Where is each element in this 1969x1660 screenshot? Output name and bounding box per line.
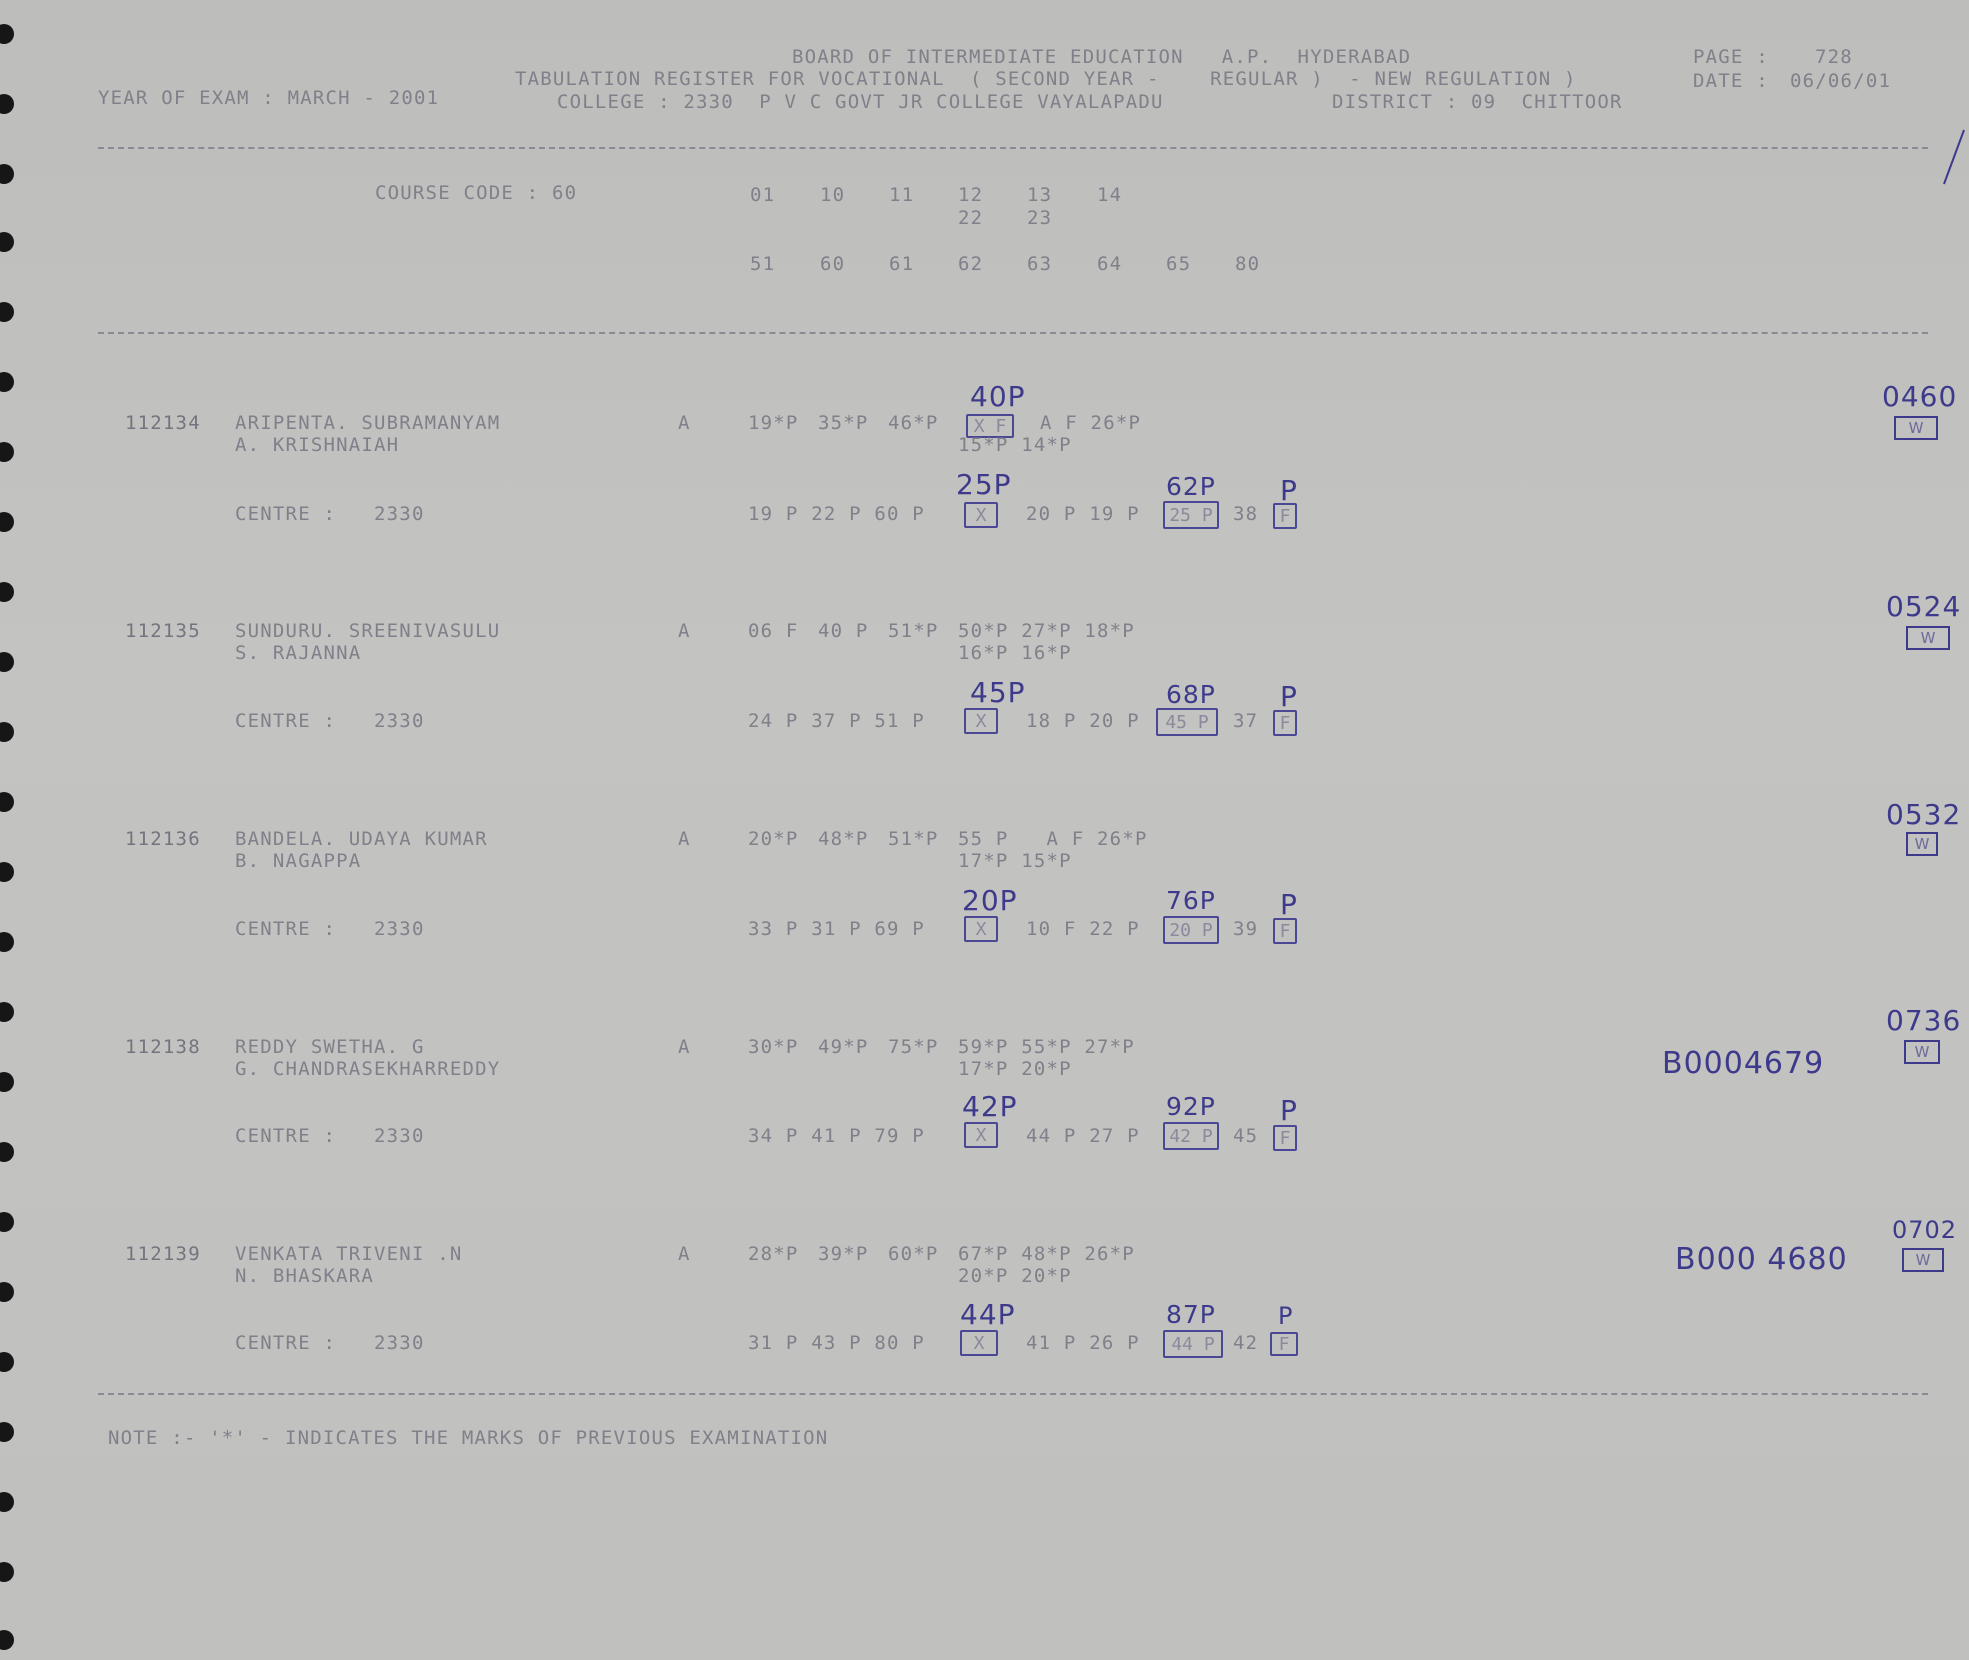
punch-hole — [0, 792, 14, 812]
punch-hole — [0, 164, 14, 184]
mark: 42 — [1233, 1332, 1258, 1354]
hall-ticket-number: 112134 — [125, 412, 201, 434]
mark: 30*P — [748, 1036, 799, 1058]
subject-code: 12 — [958, 184, 983, 206]
punch-hole — [0, 652, 14, 672]
handwritten-mark: P — [1280, 680, 1298, 713]
mark: 49*P — [818, 1036, 869, 1058]
subject-code: 63 — [1027, 253, 1052, 275]
category: A — [678, 412, 691, 434]
district-info: DISTRICT : 09 CHITTOOR — [1332, 91, 1623, 113]
marks: 33 P 31 P 69 P — [748, 918, 925, 940]
subject-code: 23 — [1027, 207, 1052, 229]
category: A — [678, 828, 691, 850]
hall-ticket-number: 112136 — [125, 828, 201, 850]
date-label: DATE : — [1693, 70, 1769, 92]
marks: 44 P 27 P — [1026, 1125, 1140, 1147]
punch-hole — [0, 1072, 14, 1092]
marks-box: F — [1270, 1332, 1298, 1356]
punch-hole — [0, 932, 14, 952]
mark: 28*P — [748, 1243, 799, 1265]
punch-hole — [0, 862, 14, 882]
handwritten-mark: P — [1280, 474, 1298, 507]
margin-code: 0460 — [1882, 380, 1957, 413]
marks-box: X — [964, 502, 998, 528]
marks-box: 44 P — [1163, 1330, 1223, 1358]
punch-hole — [0, 1492, 14, 1512]
punch-hole — [0, 232, 14, 252]
hall-ticket-number: 112139 — [125, 1243, 201, 1265]
student-name: VENKATA TRIVENI .N — [235, 1243, 463, 1265]
handwritten-total: 62P — [1166, 472, 1216, 501]
punch-hole — [0, 94, 14, 114]
centre: CENTRE : 2330 — [235, 710, 425, 732]
centre: CENTRE : 2330 — [235, 1125, 425, 1147]
margin-box: W — [1894, 416, 1938, 440]
father-name: G. CHANDRASEKHARREDDY — [235, 1058, 500, 1080]
centre: CENTRE : 2330 — [235, 503, 425, 525]
footer-note: NOTE :- '*' - INDICATES THE MARKS OF PRE… — [108, 1427, 828, 1449]
punch-hole — [0, 24, 14, 44]
marks-box: 45 P — [1156, 708, 1218, 736]
handwritten-mark: P — [1280, 888, 1298, 921]
punch-hole — [0, 1282, 14, 1302]
punch-hole — [0, 1422, 14, 1442]
subject-code: 10 — [820, 184, 845, 206]
subject-code: 13 — [1027, 184, 1052, 206]
margin-code: 0524 — [1886, 590, 1961, 623]
divider — [98, 332, 1928, 334]
marks: 59*P 55*P 27*P — [958, 1036, 1135, 1058]
student-name: ARIPENTA. SUBRAMANYAM — [235, 412, 500, 434]
marks: 24 P 37 P 51 P — [748, 710, 925, 732]
margin-box: W — [1906, 832, 1938, 856]
marks-box: F — [1273, 710, 1297, 736]
marks: 16*P 16*P — [958, 642, 1072, 664]
punch-hole — [0, 582, 14, 602]
handwritten-total: 92P — [1166, 1092, 1216, 1121]
marks-box: X — [964, 916, 998, 942]
margin-box: W — [1902, 1248, 1944, 1272]
margin-code: 0702 — [1892, 1216, 1957, 1244]
punch-hole — [0, 1562, 14, 1582]
marks-box: 42 P — [1163, 1122, 1219, 1150]
marks-box: X — [960, 1330, 998, 1356]
subject-code: 11 — [889, 184, 914, 206]
mark: 51*P — [888, 828, 939, 850]
hall-ticket-number: 112135 — [125, 620, 201, 642]
centre: CENTRE : 2330 — [235, 1332, 425, 1354]
student-name: BANDELA. UDAYA KUMAR — [235, 828, 488, 850]
punch-hole — [0, 512, 14, 532]
margin-box: W — [1904, 1040, 1940, 1064]
margin-reference: B0004679 — [1662, 1046, 1824, 1081]
subject-code: 14 — [1097, 184, 1122, 206]
subject-code: 51 — [750, 253, 775, 275]
mark: 37 — [1233, 710, 1258, 732]
handwritten-mark: 45P — [970, 676, 1026, 709]
handwritten-mark: P — [1280, 1094, 1298, 1127]
student-name: REDDY SWETHA. G — [235, 1036, 425, 1058]
mark: 35*P — [818, 412, 869, 434]
subject-code: 22 — [958, 207, 983, 229]
marks-box: X — [964, 708, 998, 734]
mark: 19*P — [748, 412, 799, 434]
mark: 40 P — [818, 620, 869, 642]
mark: 45 — [1233, 1125, 1258, 1147]
subject-code: 80 — [1235, 253, 1260, 275]
punch-hole — [0, 1002, 14, 1022]
marks-box: 20 P — [1163, 916, 1219, 944]
punch-hole — [0, 1212, 14, 1232]
marks: 31 P 43 P 80 P — [748, 1332, 925, 1354]
mark: 48*P — [818, 828, 869, 850]
register-title: TABULATION REGISTER FOR VOCATIONAL ( SEC… — [515, 68, 1577, 90]
marks: 67*P 48*P 26*P — [958, 1243, 1135, 1265]
marks: 18 P 20 P — [1026, 710, 1140, 732]
year-of-exam: YEAR OF EXAM : MARCH - 2001 — [98, 87, 439, 109]
punch-hole — [0, 372, 14, 392]
marks: 17*P 15*P — [958, 850, 1072, 872]
handwritten-total: 76P — [1166, 886, 1216, 915]
handwritten-mark: 44P — [960, 1298, 1016, 1331]
report-date: 06/06/01 — [1790, 70, 1891, 92]
marks: 20*P 20*P — [958, 1265, 1072, 1287]
mark: 51*P — [888, 620, 939, 642]
marks-box: F — [1273, 918, 1297, 944]
subject-code: 64 — [1097, 253, 1122, 275]
college-info: COLLEGE : 2330 P V C GOVT JR COLLEGE VAY… — [557, 91, 1164, 113]
page-number: 728 — [1815, 46, 1853, 68]
page-label: PAGE : — [1693, 46, 1769, 68]
mark: 20*P — [748, 828, 799, 850]
punch-hole — [0, 442, 14, 462]
punch-hole — [0, 722, 14, 742]
mark: 39*P — [818, 1243, 869, 1265]
mark: 06 F — [748, 620, 799, 642]
handwritten-total: 68P — [1166, 680, 1216, 709]
divider — [98, 1393, 1928, 1395]
punch-hole — [0, 1142, 14, 1162]
father-name: B. NAGAPPA — [235, 850, 361, 872]
handwritten-mark: P — [1278, 1302, 1293, 1330]
centre: CENTRE : 2330 — [235, 918, 425, 940]
marks-box: 25 P — [1163, 501, 1219, 529]
mark: 39 — [1233, 918, 1258, 940]
category: A — [678, 1036, 691, 1058]
marks: 34 P 41 P 79 P — [748, 1125, 925, 1147]
punch-hole — [0, 1630, 14, 1650]
subject-code: 62 — [958, 253, 983, 275]
margin-code: 0532 — [1886, 798, 1961, 831]
subject-code: 61 — [889, 253, 914, 275]
category: A — [678, 1243, 691, 1265]
subject-code: 01 — [750, 184, 775, 206]
subject-code: 60 — [820, 253, 845, 275]
mark: 38 — [1233, 503, 1258, 525]
course-code-label: COURSE CODE : 60 — [375, 182, 577, 204]
handwritten-mark: 42P — [962, 1090, 1018, 1123]
pen-mark — [1940, 128, 1966, 188]
mark: 46*P — [888, 412, 939, 434]
marks-box: X — [964, 1122, 998, 1148]
subject-code: 65 — [1166, 253, 1191, 275]
marks-box: F — [1273, 1125, 1297, 1151]
board-title: BOARD OF INTERMEDIATE EDUCATION A.P. HYD… — [792, 46, 1411, 68]
margin-code: 0736 — [1886, 1004, 1961, 1037]
father-name: N. BHASKARA — [235, 1265, 374, 1287]
handwritten-mark: 25P — [956, 468, 1012, 501]
father-name: S. RAJANNA — [235, 642, 361, 664]
student-name: SUNDURU. SREENIVASULU — [235, 620, 500, 642]
marks: A F 26*P — [1040, 412, 1141, 434]
handwritten-mark: 40P — [970, 380, 1026, 413]
marks: 19 P 22 P 60 P — [748, 503, 925, 525]
father-name: A. KRISHNAIAH — [235, 434, 399, 456]
mark: 75*P — [888, 1036, 939, 1058]
marks: 10 F 22 P — [1026, 918, 1140, 940]
marks: 55 P A F 26*P — [958, 828, 1148, 850]
marks: 20 P 19 P — [1026, 503, 1140, 525]
category: A — [678, 620, 691, 642]
mark: 60*P — [888, 1243, 939, 1265]
handwritten-mark: 20P — [962, 884, 1018, 917]
margin-box: W — [1906, 626, 1950, 650]
hall-ticket-number: 112138 — [125, 1036, 201, 1058]
marks: 41 P 26 P — [1026, 1332, 1140, 1354]
divider — [98, 147, 1928, 149]
marks: 15*P 14*P — [958, 434, 1072, 456]
punch-hole — [0, 302, 14, 322]
punch-hole — [0, 1352, 14, 1372]
handwritten-total: 87P — [1166, 1300, 1216, 1329]
marks: 50*P 27*P 18*P — [958, 620, 1135, 642]
margin-reference: B000 4680 — [1675, 1242, 1848, 1277]
marks: 17*P 20*P — [958, 1058, 1072, 1080]
